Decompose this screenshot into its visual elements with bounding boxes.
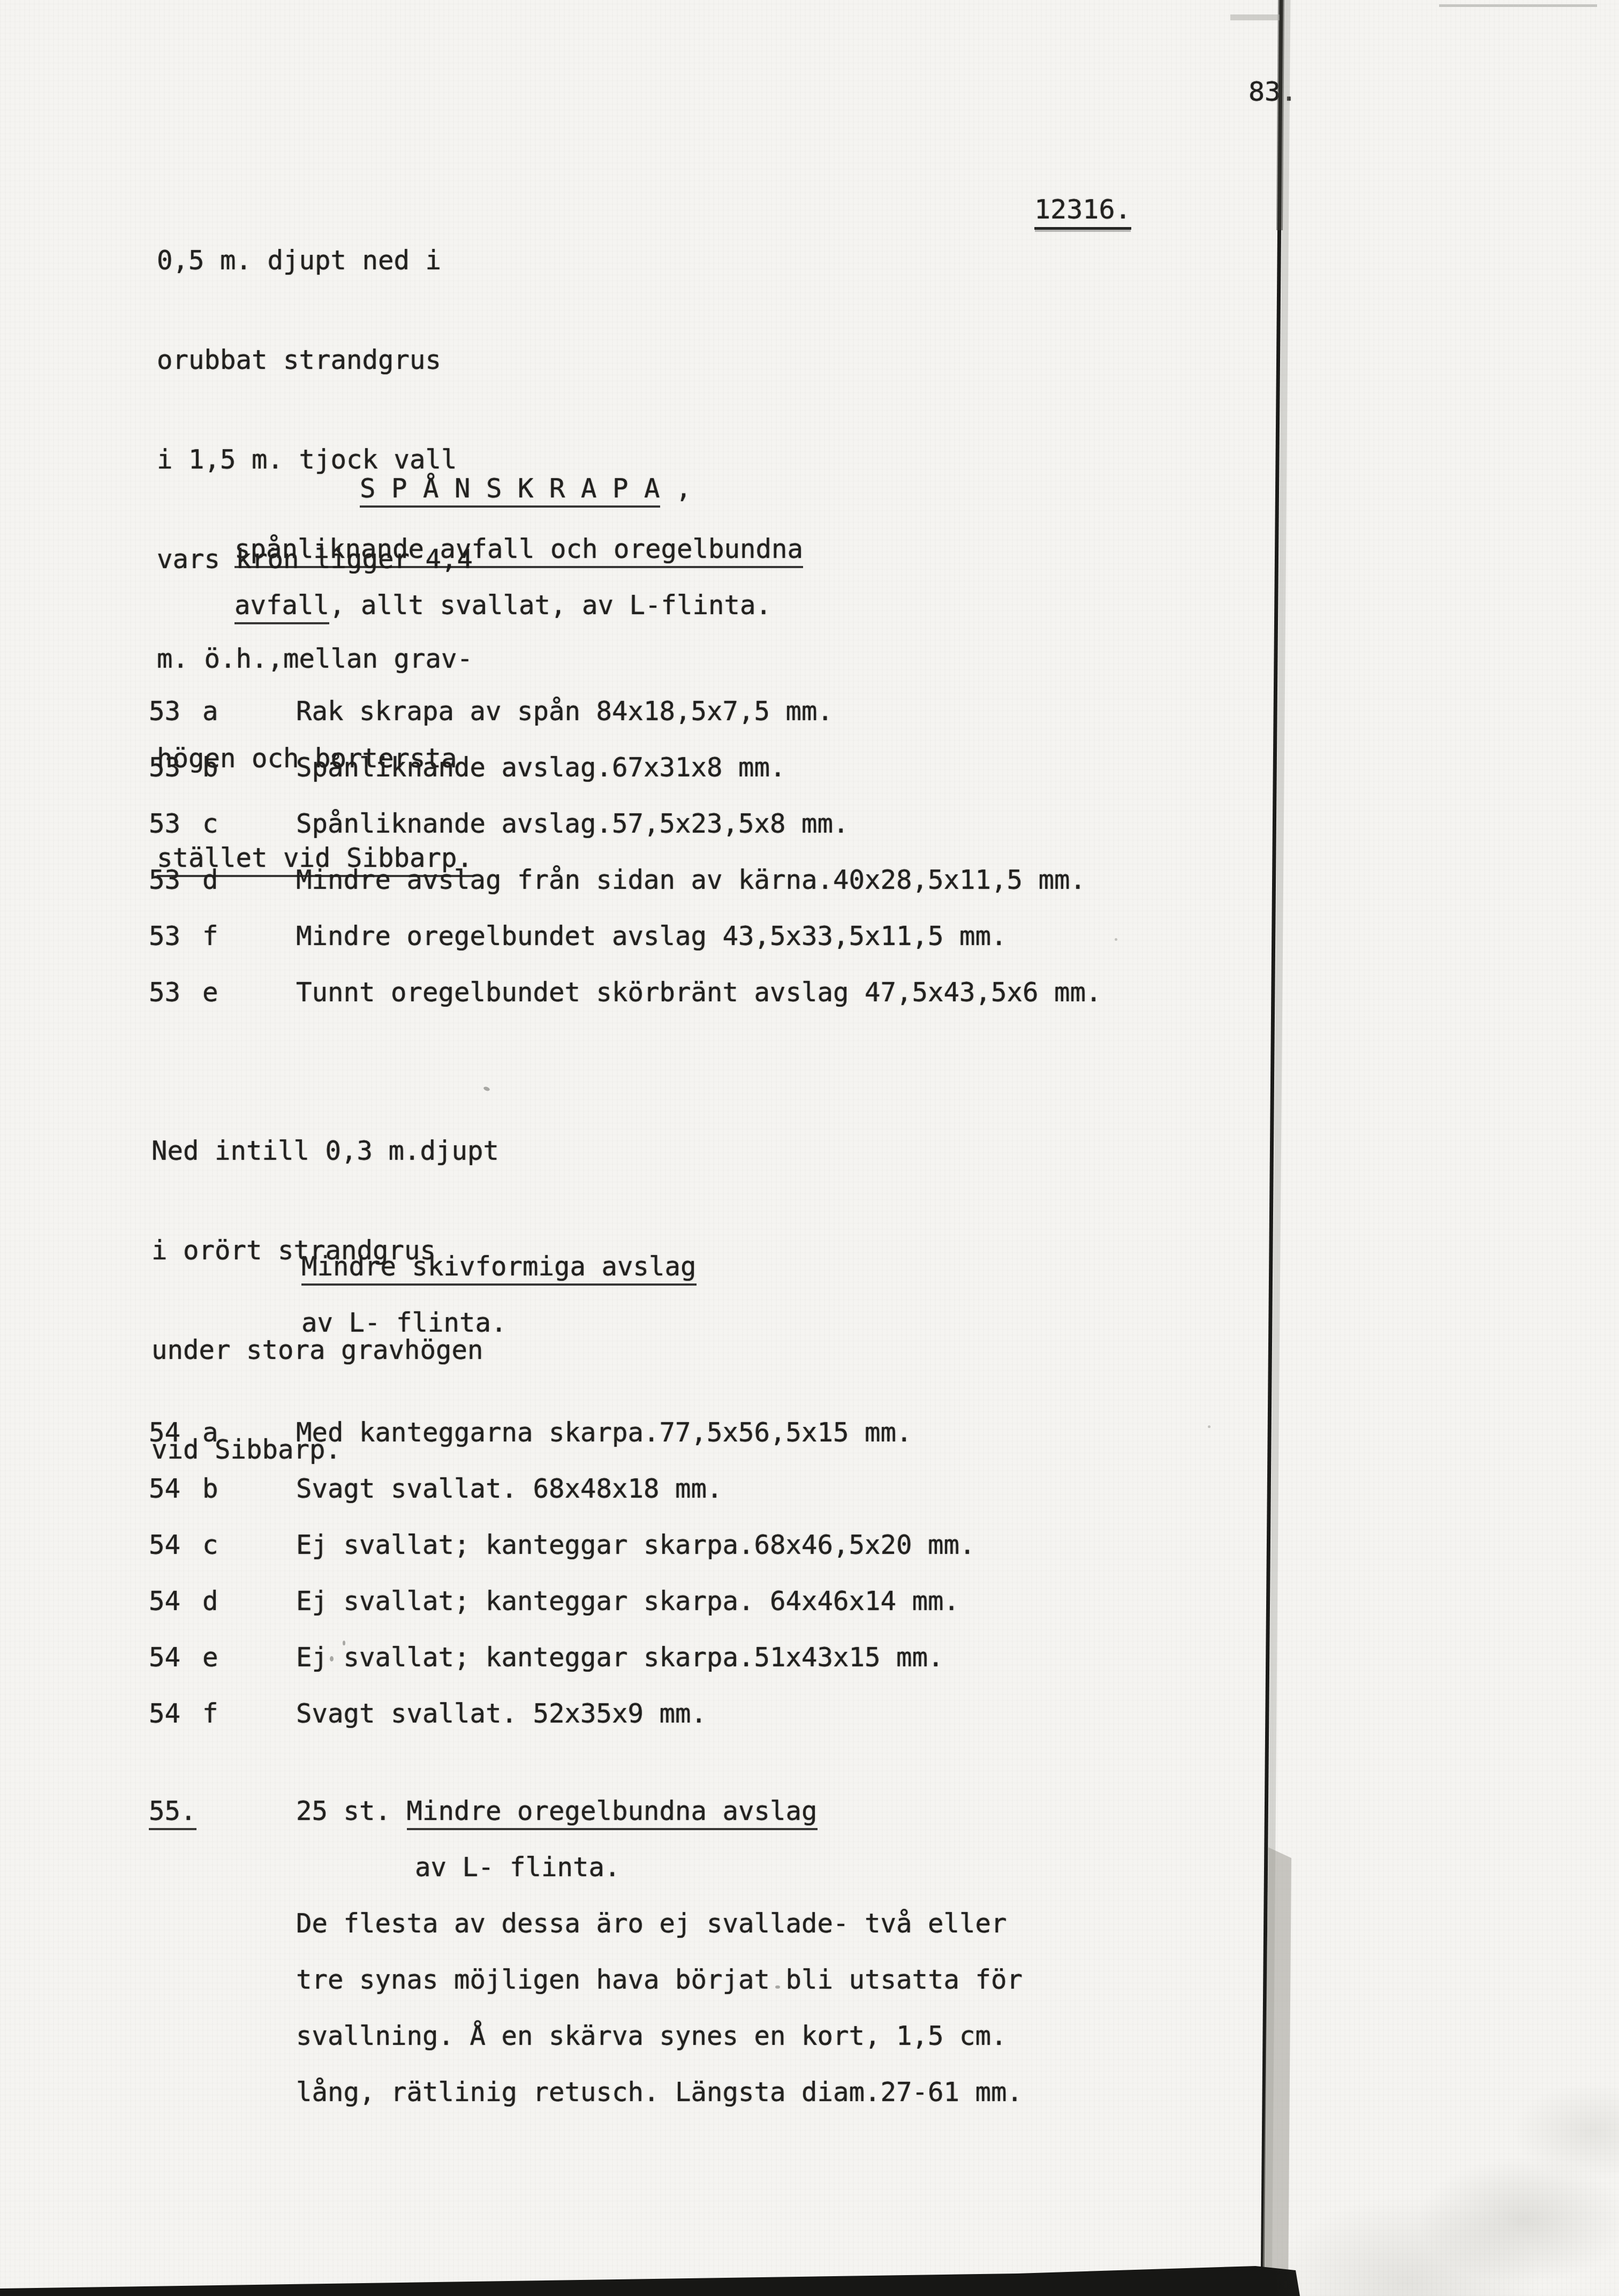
section54-heading-line2: av L- flinta. — [301, 1306, 507, 1340]
item-number: 53 — [149, 920, 202, 953]
item-text: Mindre oregelbundet avslag 43,5x33,5x11,… — [296, 921, 1007, 951]
provenance-top-line: m. ö.h.,mellan grav- — [157, 643, 473, 676]
catalog-item-53d: 53dMindre avslag från sidan av kärna.40x… — [149, 864, 1086, 897]
section53-heading-main: S P Å N S K R A P A — [360, 473, 660, 508]
section53-subheading-1: spånliknande avfall och oregelbundna — [234, 533, 803, 566]
item-number: 53 — [149, 864, 202, 897]
scanned-document-page: 83. 12316. 0,5 m. djupt ned i orubbat st… — [0, 0, 1619, 2296]
item-letter: b — [202, 1472, 296, 1506]
item-letter: e — [202, 976, 296, 1009]
catalog-item-54a: 54aMed kanteggarna skarpa.77,5x56,5x15 m… — [149, 1416, 912, 1449]
ink-speck — [343, 1641, 345, 1645]
item-letter: f — [202, 920, 296, 953]
section55-title-row: 55.25 st. Mindre oregelbundna avslag — [149, 1795, 818, 1828]
section53-subheading-2-rest: , allt svallat, av L-flinta. — [329, 590, 771, 621]
section55-number-cell: 55. — [149, 1795, 296, 1828]
item-text: Ej svallat; kanteggar skarpa.51x43x15 mm… — [296, 1642, 944, 1673]
catalog-item-53c: 53cSpånliknande avslag.57,5x23,5x8 mm. — [149, 807, 849, 841]
item-number: 54 — [149, 1416, 202, 1449]
item-number: 53 — [149, 695, 202, 728]
catalog-item-54f: 54fSvagt svallat. 52x35x9 mm. — [149, 1697, 707, 1731]
provenance-note-mid: Ned intill 0,3 m.djupt i orört strandgru… — [152, 1068, 499, 1533]
bottom-shadow-wedge — [0, 2266, 1300, 2296]
item-number: 53 — [149, 751, 202, 784]
item-text: Rak skrapa av spån 84x18,5x7,5 mm. — [296, 696, 833, 727]
item-text: Spånliknande avslag.67x31x8 mm. — [296, 752, 786, 783]
ink-speck — [775, 1985, 780, 1989]
item-number: 54 — [149, 1529, 202, 1562]
item-letter: a — [202, 695, 296, 728]
item-letter: d — [202, 864, 296, 897]
section54-heading: Mindre skivformiga avslag — [301, 1250, 697, 1283]
section55-body-line: tre synas möjligen hava börjat bli utsat… — [296, 1963, 1023, 1997]
item-letter: c — [202, 807, 296, 841]
binding-edge-fuzz — [1268, 0, 1287, 2296]
section55-number: 55. — [149, 1796, 196, 1830]
item-letter: e — [202, 1641, 296, 1674]
catalog-item-53e: 53eTunnt oregelbundet skörbränt avslag 4… — [149, 976, 1102, 1009]
ink-speck — [330, 1656, 334, 1661]
top-right-streak — [1439, 4, 1597, 7]
item-letter: c — [202, 1529, 296, 1562]
item-text: Ej svallat; kanteggar skarpa. 64x46x14 m… — [296, 1586, 959, 1617]
item-text: Ej svallat; kanteggar skarpa.68x46,5x20 … — [296, 1530, 975, 1560]
section53-subheading-2-underlined: avfall — [234, 590, 329, 624]
section55-body-line: lång, rätlinig retusch. Längsta diam.27-… — [296, 2076, 1023, 2109]
ink-speck — [1115, 938, 1117, 941]
item-text: Med kanteggarna skarpa.77,5x56,5x15 mm. — [296, 1417, 912, 1448]
provenance-top-line: i 1,5 m. tjock vall — [157, 443, 473, 477]
provenance-mid-line: Ned intill 0,3 m.djupt — [152, 1135, 499, 1168]
item-letter: b — [202, 751, 296, 784]
ink-speck — [1208, 1425, 1211, 1428]
inventory-number: 12316. — [1034, 194, 1131, 230]
catalog-item-53b: 53bSpånliknande avslag.67x31x8 mm. — [149, 751, 786, 784]
section53-heading-comma: , — [660, 473, 692, 504]
item-number: 54 — [149, 1585, 202, 1618]
provenance-top-line: 0,5 m. djupt ned i — [157, 244, 473, 277]
catalog-item-54c: 54cEj svallat; kanteggar skarpa.68x46,5x… — [149, 1529, 975, 1562]
binding-gray-band — [1262, 1847, 1291, 2296]
section55-count: 25 st. — [296, 1796, 407, 1826]
item-number: 54 — [149, 1472, 202, 1506]
catalog-item-54d: 54dEj svallat; kanteggar skarpa. 64x46x1… — [149, 1585, 959, 1618]
item-letter: a — [202, 1416, 296, 1449]
item-text: Svagt svallat. 68x48x18 mm. — [296, 1474, 723, 1504]
catalog-item-53a: 53aRak skrapa av spån 84x18,5x7,5 mm. — [149, 695, 833, 728]
provenance-top-line: orubbat strandgrus — [157, 344, 473, 377]
item-number: 53 — [149, 976, 202, 1009]
item-number: 54 — [149, 1641, 202, 1674]
binding-top-smudge — [1230, 14, 1280, 20]
catalog-item-54e: 54eEj svallat; kanteggar skarpa.51x43x15… — [149, 1641, 944, 1674]
item-number: 53 — [149, 807, 202, 841]
item-letter: d — [202, 1585, 296, 1618]
section55-subtitle: av L- flinta. — [415, 1851, 621, 1884]
item-text: Tunnt oregelbundet skörbränt avslag 47,5… — [296, 977, 1102, 1008]
item-number: 54 — [149, 1697, 202, 1731]
item-text: Svagt svallat. 52x35x9 mm. — [296, 1698, 707, 1729]
page-number: 83. — [1249, 75, 1297, 108]
item-text: Spånliknande avslag.57,5x23,5x8 mm. — [296, 809, 849, 839]
section53-heading: S P Å N S K R A P A , — [360, 472, 692, 505]
catalog-item-53f: 53fMindre oregelbundet avslag 43,5x33,5x… — [149, 920, 1007, 953]
section55-body-line: De flesta av dessa äro ej svallade- två … — [296, 1907, 1007, 1940]
item-letter: f — [202, 1697, 296, 1731]
bottom-right-scan-mottle — [1276, 1953, 1619, 2296]
section55-title: Mindre oregelbundna avslag — [407, 1796, 818, 1830]
item-text: Mindre avslag från sidan av kärna.40x28,… — [296, 865, 1086, 895]
binding-edge-rule-top — [1280, 0, 1281, 230]
catalog-item-54b: 54bSvagt svallat. 68x48x18 mm. — [149, 1472, 723, 1506]
section55-body-line: svallning. Å en skärva synes en kort, 1,… — [296, 2020, 1007, 2053]
section53-subheading-2: avfall, allt svallat, av L-flinta. — [234, 589, 771, 622]
binding-edge-rule — [1262, 0, 1281, 2296]
inventory-number-wrap: 12316. — [1034, 193, 1131, 226]
